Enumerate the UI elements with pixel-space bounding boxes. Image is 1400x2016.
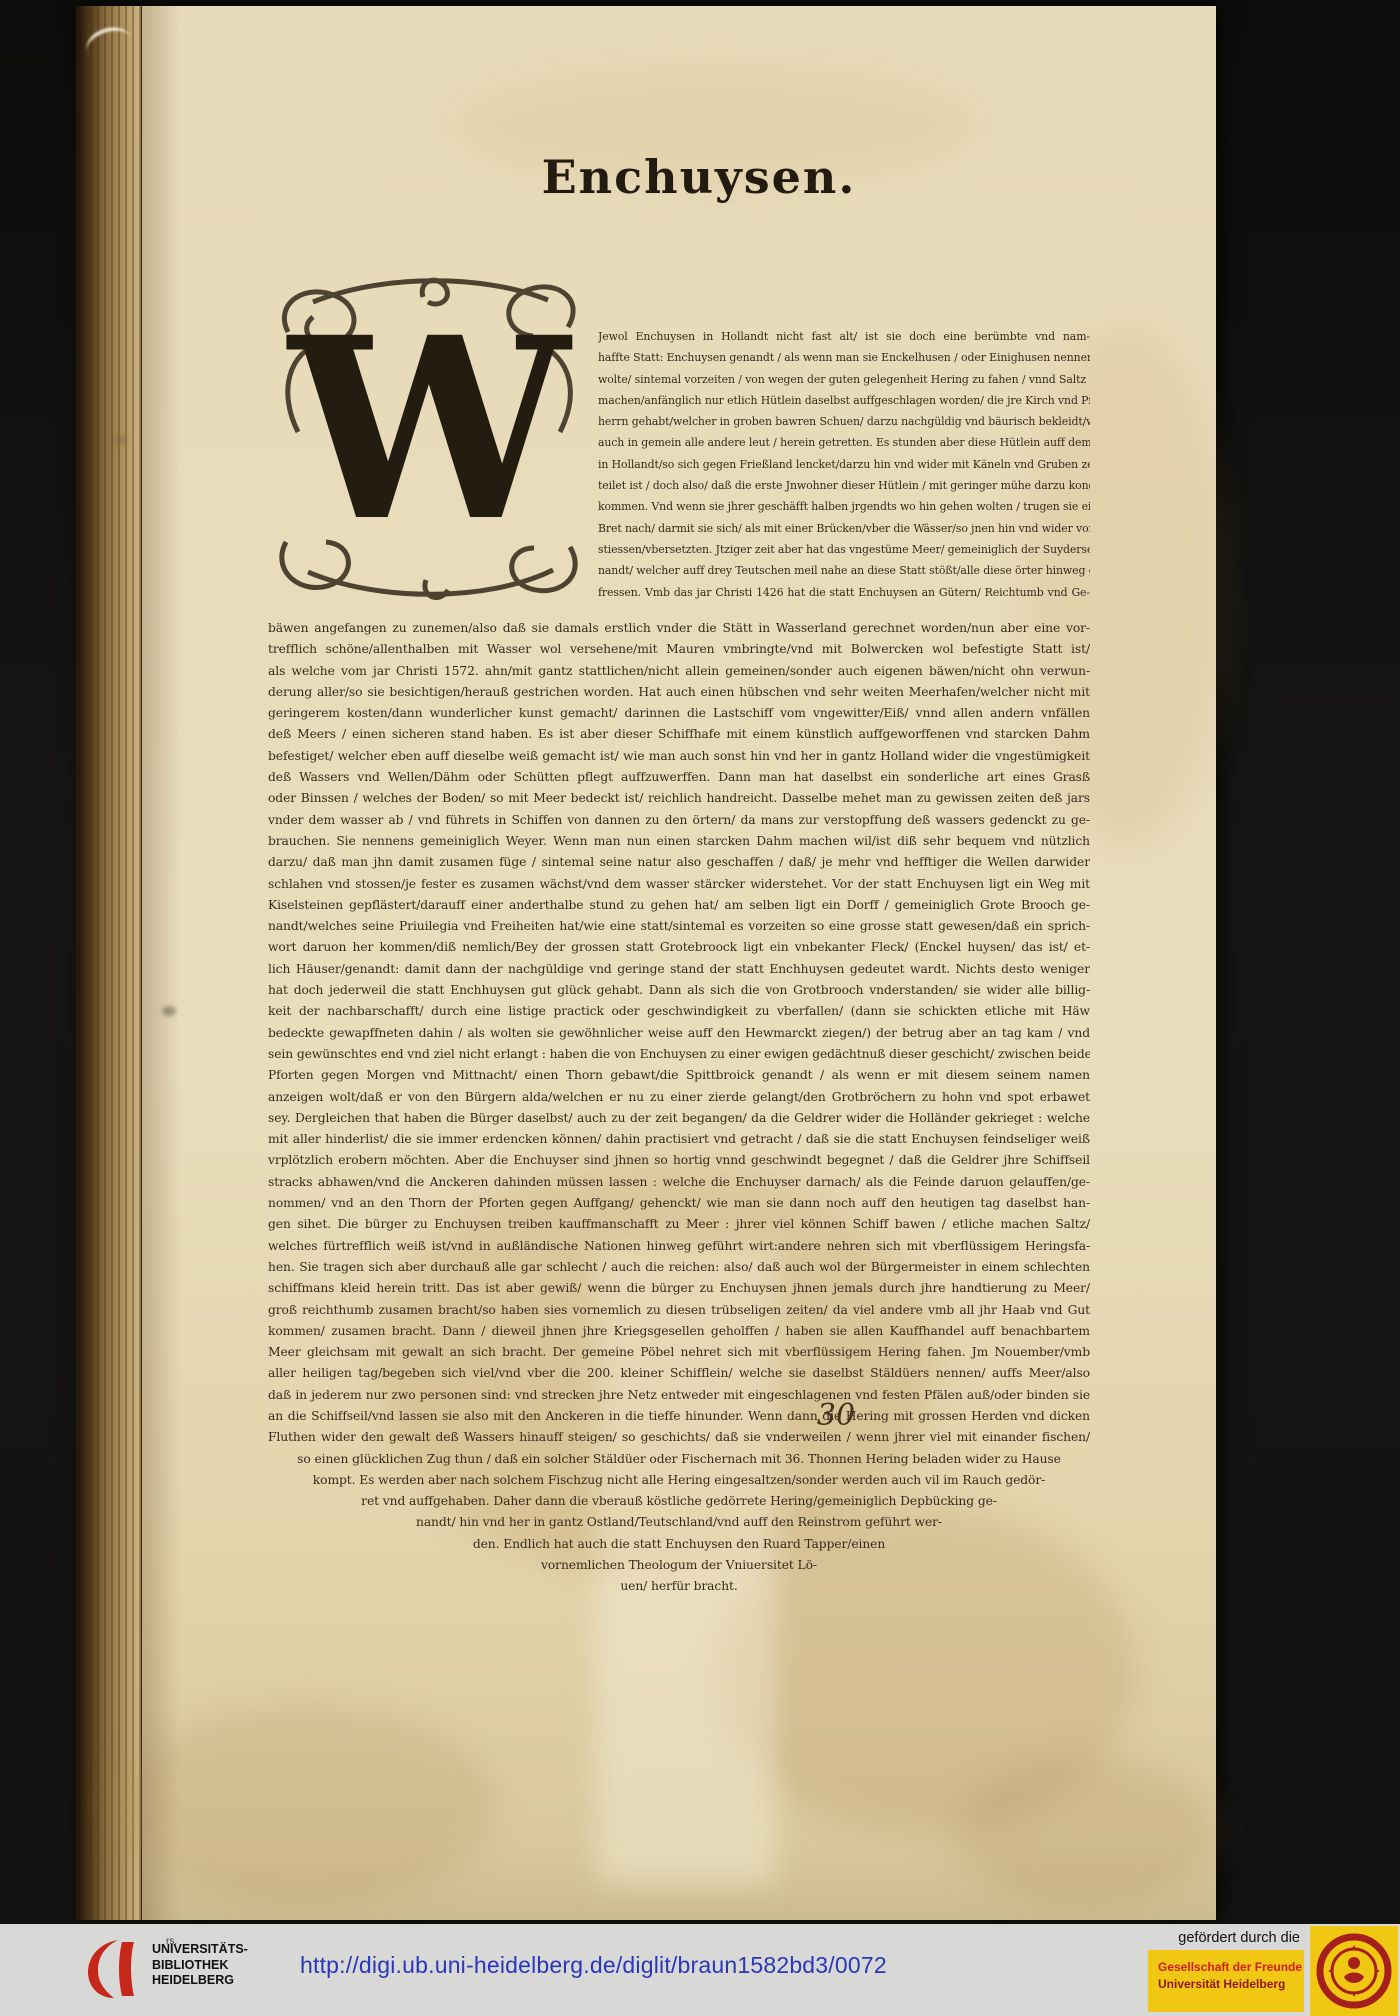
page-title: Enchuysen. <box>308 150 1090 214</box>
text-line: mit aller hinderlist/ die sie immer erde… <box>268 1129 1090 1150</box>
funding-note: gefördert durch die <box>1000 1930 1300 1946</box>
body-lines: bäwen angefangen zu zunemen/also daß sie… <box>268 618 1090 1449</box>
text-line: Fluthen wider den gewalt deß Wassers hin… <box>268 1427 1090 1448</box>
text-line: geringerem kosten/dann wunderlicher kuns… <box>268 703 1090 724</box>
text-line: hat doch jederweil die statt Enchhuysen … <box>268 980 1090 1001</box>
text-line: als welche vom jar Christi 1572. ahn/mit… <box>268 661 1090 682</box>
page-number: 30 <box>776 1398 896 1433</box>
text-line: gen sihet. Die bürger zu Enchuysen treib… <box>268 1214 1090 1235</box>
funder-box: Gesellschaft der Freunde Universität Hei… <box>1148 1950 1304 2012</box>
text-line: sein gewünschtes end vnd ziel nicht erla… <box>268 1044 1090 1065</box>
text-line: Bret nach/ darmit sie sich/ als mit eine… <box>598 518 1090 539</box>
closing-lines: so einen glücklichen Zug thun / daß ein … <box>268 1449 1090 1598</box>
text-line: haffte Statt: Enchuysen genandt / als we… <box>598 347 1090 368</box>
book-scan-photo: Enchuysen. W <box>0 0 1400 2016</box>
text-line: vornemlichen Theologum der Vniuersitet L… <box>268 1555 1090 1576</box>
library-name-line: BIBLIOTHEK <box>152 1958 248 1974</box>
text-line: kompt. Es werden aber nach solchem Fisch… <box>268 1470 1090 1491</box>
paper-speck <box>162 1006 176 1016</box>
text-line: in Hollandt/so sich gegen Frießland lenc… <box>598 454 1090 475</box>
text-line: wort daruon her kommen/diß nemlich/Bey d… <box>268 937 1090 958</box>
text-line: stiessen/vbersetzten. Jtziger zeit aber … <box>598 539 1090 560</box>
text-line: teilet ist / doch also/ daß die erste Jn… <box>598 475 1090 496</box>
text-line: schiffmans kleid herein tritt. Das ist a… <box>268 1278 1090 1299</box>
svg-text:W: W <box>286 282 573 576</box>
text-line: anzeigen wolt/daß er von den Bürgern ald… <box>268 1087 1090 1108</box>
text-line: nandt/ welcher auff drey Teutschen meil … <box>598 560 1090 581</box>
text-line: deß Wassers vnd Wellen/Dähm oder Schütte… <box>268 767 1090 788</box>
university-library-logo <box>84 1936 140 2002</box>
text-line: machen/anfänglich nur etlich Hütlein das… <box>598 390 1090 411</box>
text-line: daß in jederem nur zwo personen sind: vn… <box>268 1385 1090 1406</box>
intro-paragraph: W Jewol Enchuysen in Hollandt nicht fast… <box>268 214 1090 604</box>
historiated-initial-W: W <box>268 272 590 604</box>
text-line: aller heiligen tag/begeben sich viel/vnd… <box>268 1363 1090 1384</box>
text-line: nandt/ hin vnd her in gantz Ostland/Teut… <box>268 1512 1090 1533</box>
text-line: bedeckte gewapffneten dahin / als wolten… <box>268 1023 1090 1044</box>
text-line: Jewol Enchuysen in Hollandt nicht fast a… <box>598 326 1090 347</box>
text-line: ret vnd auffgehaben. Daher dann die vber… <box>268 1491 1090 1512</box>
text-line: stracks abhawen/vnd die Anckeren dahinde… <box>268 1172 1090 1193</box>
text-line: derung aller/so sie besichtigen/herauß g… <box>268 682 1090 703</box>
text-line: sey. Dergleichen that haben die Bürger d… <box>268 1108 1090 1129</box>
library-name: UNIVERSITÄTS- BIBLIOTHEK HEIDELBERG <box>152 1942 248 1989</box>
text-line: Pforten gegen Morgen vnd Mittnacht/ eine… <box>268 1065 1090 1086</box>
text-line: fressen. Vmb das jar Christi 1426 hat di… <box>598 582 1090 603</box>
text-line: kommen. Vnd wenn sie jhrer geschäfft hal… <box>598 496 1090 517</box>
university-seal <box>1316 1933 1392 2009</box>
funder-name: Gesellschaft der Freunde <box>1158 1959 1304 1976</box>
printed-text-block: Enchuysen. W <box>268 150 1090 1598</box>
text-line: brauchen. Sie nennens gemeiniglich Weyer… <box>268 831 1090 852</box>
gutter-shadow <box>140 6 180 1920</box>
page-scan: Enchuysen. W <box>76 6 1216 1920</box>
text-line: keit der nachbarschafft/ durch eine list… <box>268 1001 1090 1022</box>
seal-box <box>1310 1926 1398 2016</box>
library-name-line: HEIDELBERG <box>152 1973 248 1989</box>
text-line: den. Endlich hat auch die statt Enchuyse… <box>268 1534 1090 1555</box>
digitization-footer: rs. UNIVERSITÄTS- BIBLIOTHEK HEIDELBERG … <box>0 1924 1400 2016</box>
text-line: herrn gehabt/welcher in groben bawren Sc… <box>598 411 1090 432</box>
library-name-line: UNIVERSITÄTS- <box>152 1942 248 1958</box>
text-line: Meer gleichsam mit gewalt an sich bracht… <box>268 1342 1090 1363</box>
text-line: vnder dem wasser ab / vnd führets in Sch… <box>268 810 1090 831</box>
text-line: nandt/welches seine Priuilegia vnd Freih… <box>268 916 1090 937</box>
text-line: Kiselsteinen gepflästert/darauff einer a… <box>268 895 1090 916</box>
text-line: uen/ herfür bracht. <box>268 1576 1090 1597</box>
text-line: darzu/ daß man jhn damit zusamen füge / … <box>268 852 1090 873</box>
text-line: vrplötzlich erobern möchten. Aber die En… <box>268 1150 1090 1171</box>
text-line: nommen/ vnd an den Thorn der Pforten geg… <box>268 1193 1090 1214</box>
paper-stain <box>116 1706 496 1906</box>
paper-speck <box>116 436 126 444</box>
text-line: kommen/ zusamen bracht. Dann / dieweil j… <box>268 1321 1090 1342</box>
text-line: auch in gemein alle andere leut / herein… <box>598 432 1090 453</box>
text-line: groß reichthumb zusamen bracht/so haben … <box>268 1300 1090 1321</box>
text-line: so einen glücklichen Zug thun / daß ein … <box>268 1449 1090 1470</box>
text-line: schlahen vnd stossen/je fester es zusame… <box>268 874 1090 895</box>
text-line: lich Häuser/genandt: damit dann der nach… <box>268 959 1090 980</box>
paper-stain <box>956 1756 1216 1906</box>
text-line: welches fürtrefflich weiß ist/vnd in auß… <box>268 1236 1090 1257</box>
text-line: deß Meers / einen sicheren stand haben. … <box>268 724 1090 745</box>
text-line: an die Schiffseil/vnd lassen sie also mi… <box>268 1406 1090 1427</box>
intro-lines: Jewol Enchuysen in Hollandt nicht fast a… <box>598 326 1090 603</box>
text-line: wolte/ sintemal vorzeiten / von wegen de… <box>598 369 1090 390</box>
funder-institution: Universität Heidelberg <box>1158 1976 1304 1993</box>
text-line: hen. Sie tragen sich aber durchauß alle … <box>268 1257 1090 1278</box>
text-line: befestiget/ welcher eben auff dieselbe w… <box>268 746 1090 767</box>
book-fore-edge <box>76 6 142 1920</box>
text-line: bäwen angefangen zu zunemen/also daß sie… <box>268 618 1090 639</box>
text-line: oder Binssen / welches der Boden/ so mit… <box>268 788 1090 809</box>
persistent-url: http://digi.ub.uni-heidelberg.de/diglit/… <box>300 1952 887 1979</box>
text-line: trefflich schöne/allenthalben mit Wasser… <box>268 639 1090 660</box>
